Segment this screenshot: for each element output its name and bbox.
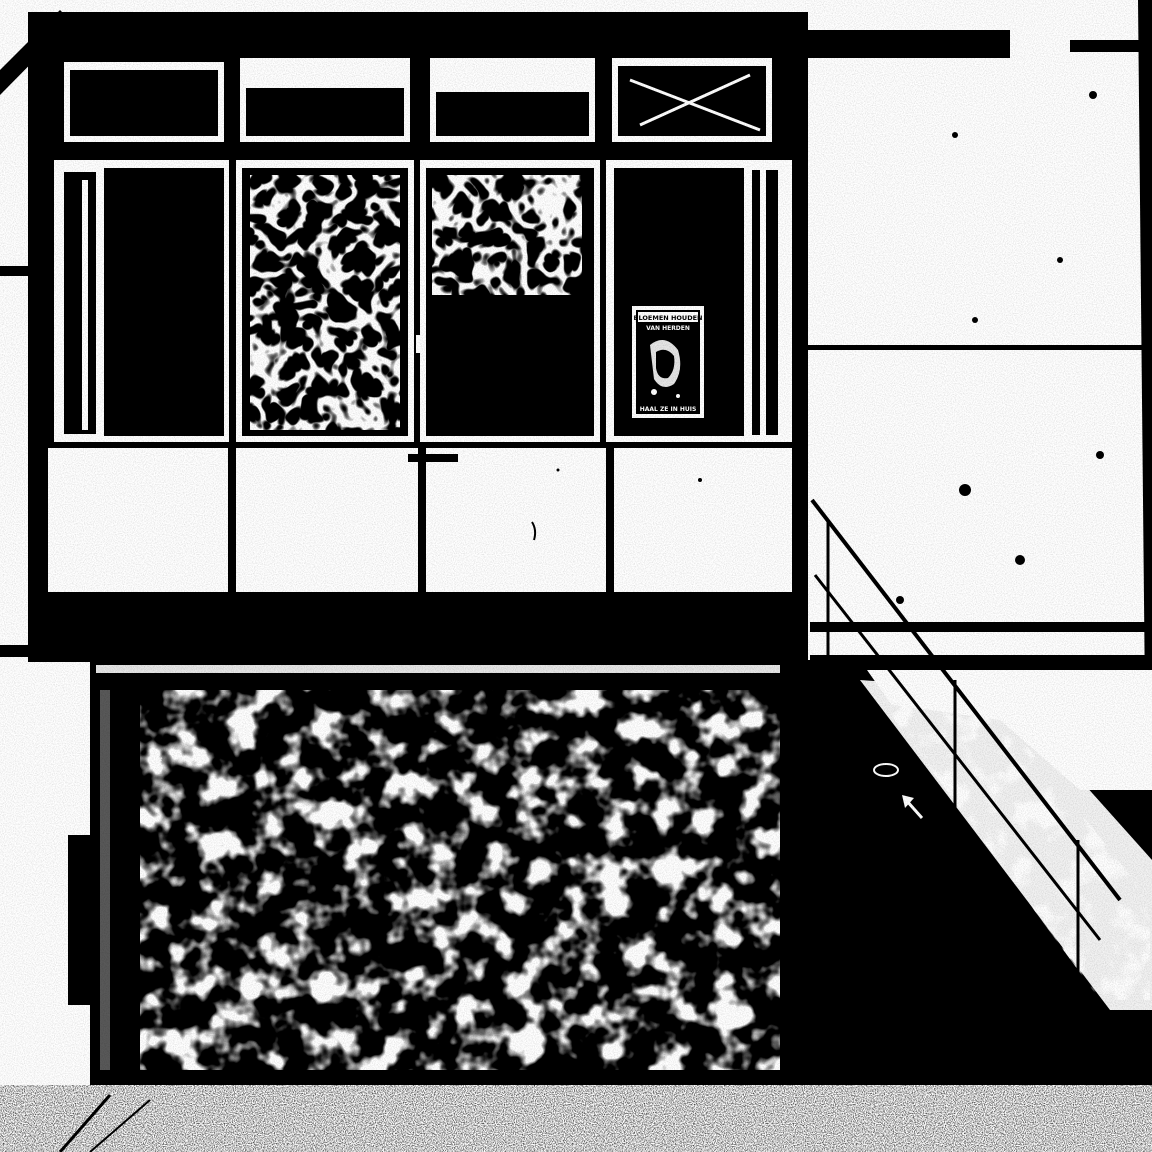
film-grain: [0, 0, 1152, 1152]
photo-canvas: BLOEMEN HOUDEN VAN HERDEN HAAL ZE IN HUI…: [0, 0, 1152, 1152]
photo-scene: BLOEMEN HOUDEN VAN HERDEN HAAL ZE IN HUI…: [0, 0, 1152, 1152]
